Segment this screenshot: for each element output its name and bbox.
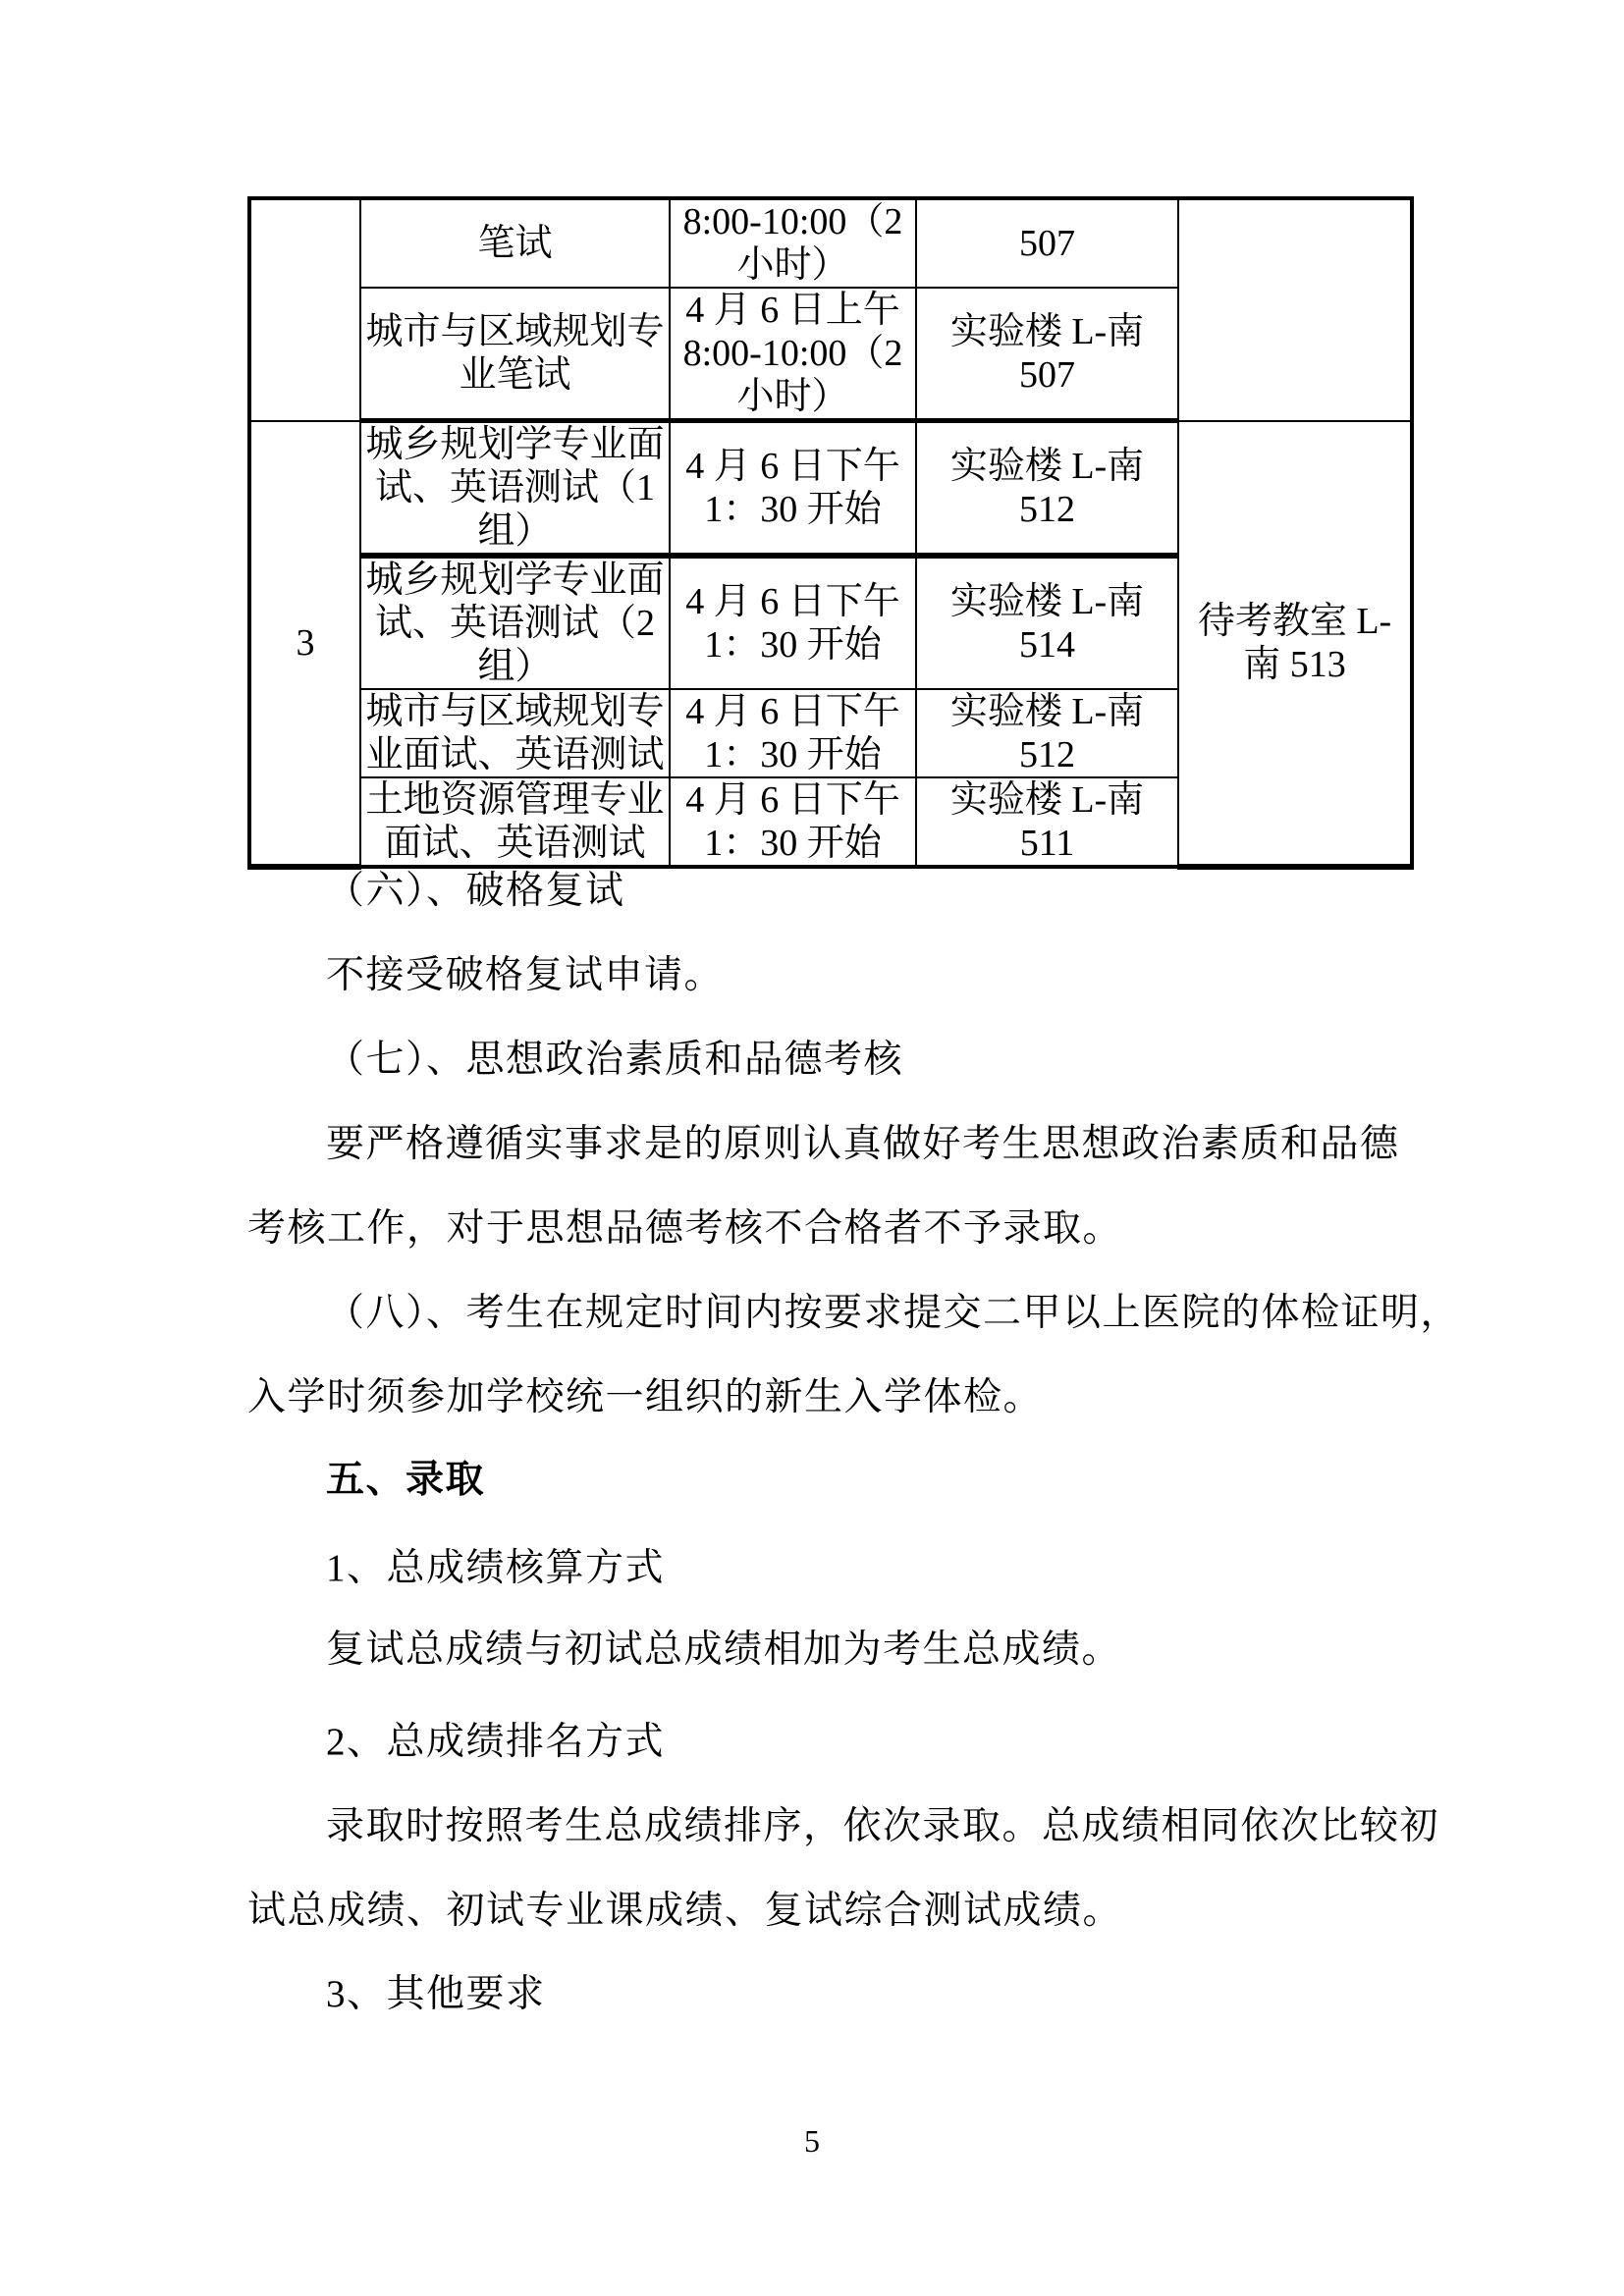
cell-waiting-room-empty — [1178, 198, 1412, 421]
cell-exam-room: 实验楼 L-南 514 — [916, 556, 1178, 689]
section-heading: 五、录取 — [326, 1459, 485, 1502]
cell-exam-room: 实验楼 L-南 512 — [916, 689, 1178, 777]
paragraph-line: 不接受破格复试申请。 — [326, 954, 724, 997]
paragraph-line: 试总成绩、初试专业课成绩、复试综合测试成绩。 — [247, 1890, 1122, 1933]
cell-waiting-room: 待考教室 L- 南 513 — [1178, 421, 1412, 868]
paragraph-line: （六）、破格复试 — [326, 870, 625, 913]
cell-group-number-empty — [249, 198, 360, 421]
cell-exam-time: 4 月 6 日下午 1：30 开始 — [670, 556, 916, 689]
cell-exam-time: 4 月 6 日下午 1：30 开始 — [670, 777, 916, 867]
document-page: 笔试 8:00-10:00（2 小时） 507 城市与区域规划专 业笔试 4 月… — [0, 0, 1624, 2296]
table-row: 笔试 8:00-10:00（2 小时） 507 — [249, 198, 1412, 288]
cell-exam-room: 实验楼 L-南 512 — [916, 421, 1178, 557]
paragraph-line: （七）、思想政治素质和品德考核 — [326, 1039, 903, 1082]
cell-exam-name: 城市与区域规划专 业笔试 — [360, 288, 670, 421]
paragraph-line: 复试总成绩与初试总成绩相加为考生总成绩。 — [326, 1629, 1121, 1672]
paragraph-line: 2、总成绩排名方式 — [326, 1721, 665, 1764]
cell-exam-name: 笔试 — [360, 198, 670, 288]
cell-exam-time: 4 月 6 日下午 1：30 开始 — [670, 689, 916, 777]
cell-exam-name: 城乡规划学专业面 试、英语测试（1 组） — [360, 421, 670, 557]
cell-exam-name: 土地资源管理专业 面试、英语测试 — [360, 777, 670, 867]
cell-exam-room: 507 — [916, 198, 1178, 288]
paragraph-line: 入学时须参加学校统一组织的新生入学体检。 — [247, 1376, 1043, 1419]
cell-exam-room: 实验楼 L-南 507 — [916, 288, 1178, 421]
cell-exam-name: 城市与区域规划专 业面试、英语测试 — [360, 689, 670, 777]
paragraph-line: 考核工作，对于思想品德考核不合格者不予录取。 — [247, 1207, 1122, 1251]
cell-exam-time: 4 月 6 日下午 1：30 开始 — [670, 421, 916, 557]
exam-schedule-table: 笔试 8:00-10:00（2 小时） 507 城市与区域规划专 业笔试 4 月… — [247, 196, 1414, 870]
cell-group-number: 3 — [249, 421, 360, 868]
cell-exam-room: 实验楼 L-南 511 — [916, 777, 1178, 867]
paragraph-line: 录取时按照考生总成绩排序，依次录取。总成绩相同依次比较初 — [326, 1805, 1439, 1848]
cell-exam-name: 城乡规划学专业面 试、英语测试（2 组） — [360, 556, 670, 689]
paragraph-line: 3、其他要求 — [326, 1973, 546, 2016]
paragraph-line: 要严格遵循实事求是的原则认真做好考生思想政治素质和品德 — [326, 1123, 1400, 1166]
table-row: 3 城乡规划学专业面 试、英语测试（1 组） 4 月 6 日下午 1：30 开始… — [249, 421, 1412, 557]
page-number: 5 — [0, 2123, 1624, 2160]
cell-exam-time: 8:00-10:00（2 小时） — [670, 198, 916, 288]
paragraph-line: 1、总成绩核算方式 — [326, 1547, 665, 1590]
paragraph-line: （八）、考生在规定时间内按要求提交二甲以上医院的体检证明， — [326, 1292, 1460, 1335]
cell-exam-time: 4 月 6 日上午 8:00-10:00（2 小时） — [670, 288, 916, 421]
